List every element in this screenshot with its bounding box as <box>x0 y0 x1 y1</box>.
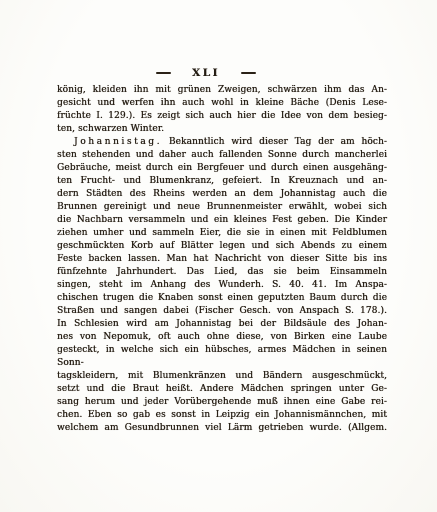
text-line: nes von Nepomuk, oft auch ohne diese, vo… <box>57 331 387 344</box>
text-line: chischen trugen die Knaben sonst einen g… <box>57 292 387 305</box>
text-line: welchem am Gesundbrunnen viel Lärm getri… <box>57 422 387 435</box>
running-head: XLI <box>41 67 371 79</box>
text-line: Feste backen lassen. Man hat Nachricht v… <box>57 253 387 266</box>
text-line: sang herum und jeder Vorübergehende muß … <box>57 396 387 409</box>
text-line: dern Städten des Rheins werden an dem Jo… <box>57 188 387 201</box>
scanned-book-page: XLI könig, kleiden ihn mit grünen Zweige… <box>0 0 437 512</box>
page-number: XLI <box>192 67 220 79</box>
text-line: ten, schwarzen Winter. <box>57 123 387 136</box>
text-line: ten Frucht- und Blumenkranz, gefeiert. I… <box>57 175 387 188</box>
text-line: tagskleidern, mit Blumenkränzen und Bänd… <box>57 370 387 383</box>
text-line: könig, kleiden ihn mit grünen Zweigen, s… <box>57 84 387 97</box>
text-line: sten stehenden und daher auch fallenden … <box>57 149 387 162</box>
text-line: gesteckt, in welche sich ein hübsches, a… <box>57 344 387 370</box>
text-line: gesicht und werfen ihn auch wohl in klei… <box>57 97 387 110</box>
line-text: Bekanntlich wird dieser Tag der am höch- <box>162 137 387 147</box>
header-dash-right <box>241 72 256 74</box>
text-line: setzt und die Braut heißt. Andere Mädche… <box>57 383 387 396</box>
text-line: chen. Eben so gab es sonst in Leipzig ei… <box>57 409 387 422</box>
emphasized-word: Johannistag. <box>74 137 162 147</box>
text-line: fünfzehnte Jahrhundert. Das Lied, das si… <box>57 266 387 279</box>
text-line: singen, steht im Anhang des Wunderh. S. … <box>57 279 387 292</box>
text-line: früchte I. 129.). Es zeigt sich auch hie… <box>57 110 387 123</box>
text-line: Brunnen gereinigt und neue Brunnenmeiste… <box>57 201 387 214</box>
text-line: In Schlesien wird am Johannistag bei der… <box>57 318 387 331</box>
text-line: die Nachbarn versammeln und ein kleines … <box>57 214 387 227</box>
page-body-text: könig, kleiden ihn mit grünen Zweigen, s… <box>57 84 387 435</box>
header-dash-left <box>156 72 171 74</box>
text-line: Straßen und sangen dabei (Fischer Gesch.… <box>57 305 387 318</box>
text-line: Johannistag. Bekanntlich wird dieser Tag… <box>57 136 387 149</box>
text-line: ziehen umher und sammeln Eier, die sie i… <box>57 227 387 240</box>
text-line: geschmückten Korb auf Blätter legen und … <box>57 240 387 253</box>
text-line: Gebräuche, meist durch ein Bergfeuer und… <box>57 162 387 175</box>
